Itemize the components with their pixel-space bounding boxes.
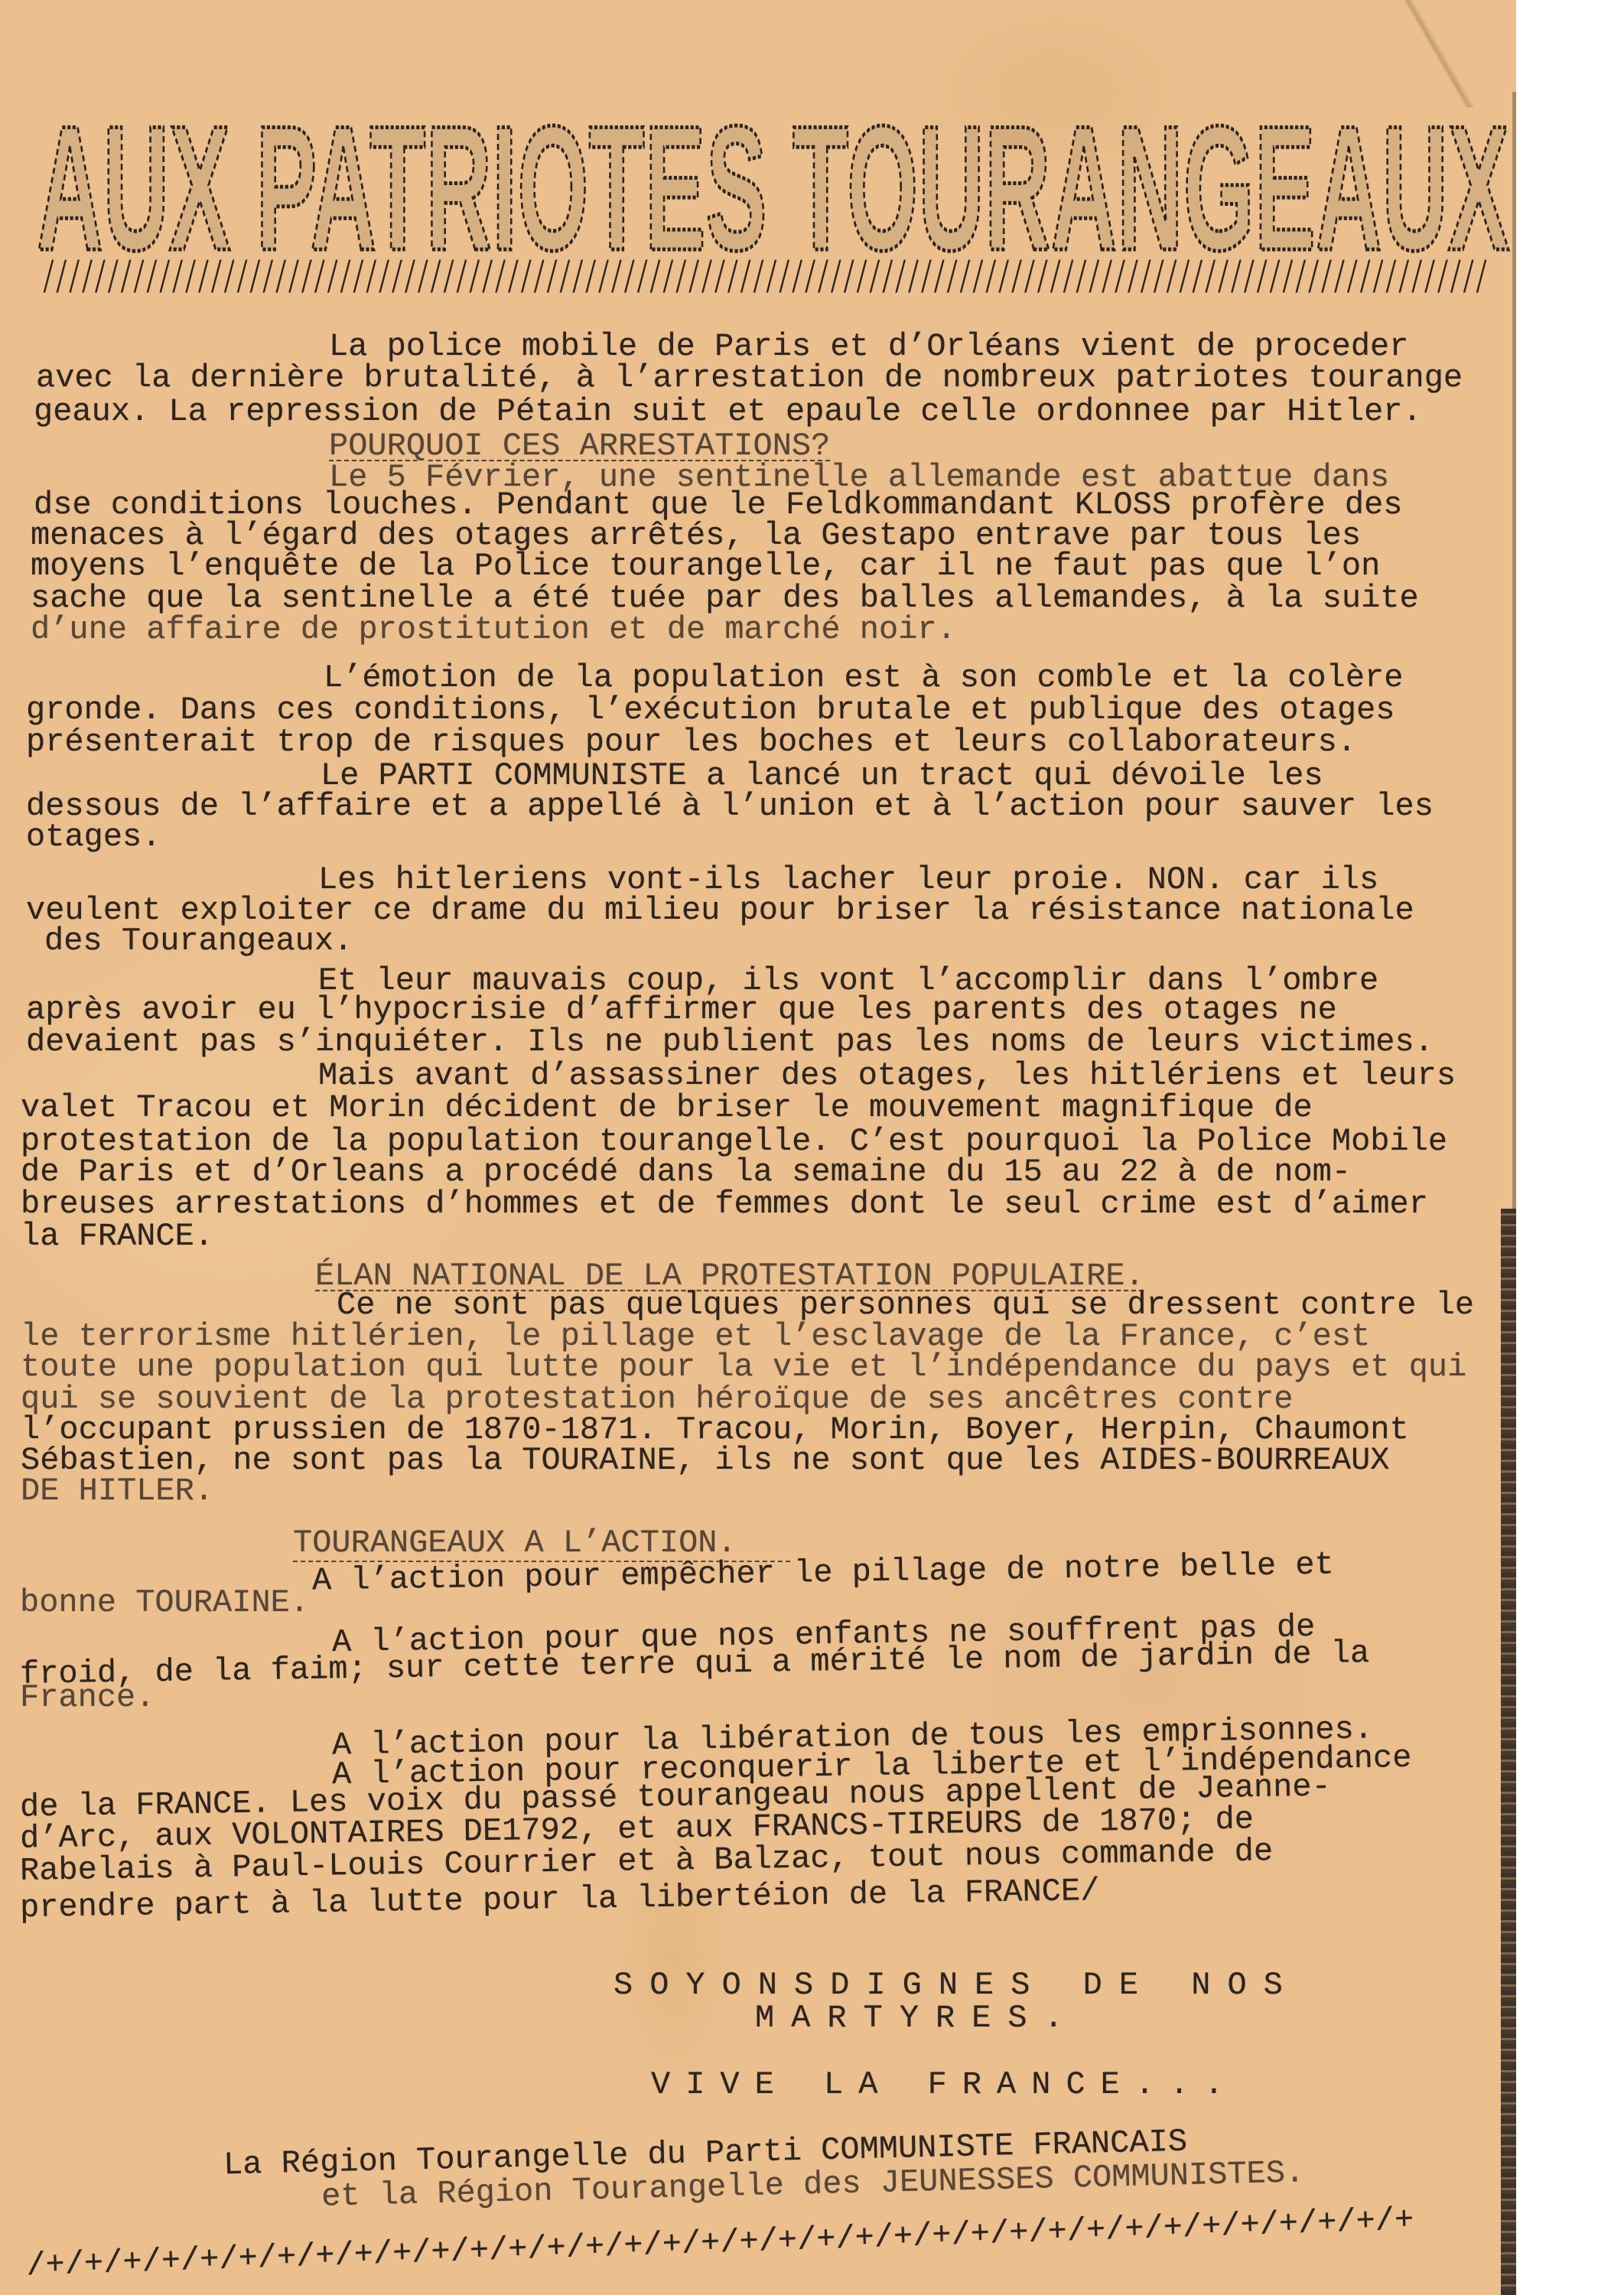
- closing-vive-la-france: VIVE LA FRANCE...: [651, 2065, 1238, 2105]
- paragraph-line: d’une affaire de prostitution et de marc…: [31, 610, 956, 649]
- paragraph-line: breuses arrestations d’hommes et de femm…: [21, 1184, 1428, 1224]
- paragraph-line: des Tourangeaux.: [44, 921, 353, 961]
- title-slash-rule: ////////////////////////////////////////…: [42, 256, 1488, 306]
- closing-slogan: MARTYRES.: [755, 1998, 1080, 2038]
- title-banner: AUX PATRIOTES TOURANGEAUX //////////////…: [0, 0, 1516, 321]
- footer-ornament-rule: /+/+/+/+/+/+/+/+/+/+/+/+/+/+/+/+/+/+/+/+…: [26, 2200, 1414, 2286]
- paragraph-line: bonne TOURAINE.: [20, 1583, 309, 1623]
- paragraph-line: Sébastien, ne sont pas la TOURAINE, ils …: [21, 1440, 1390, 1480]
- paper-edge-torn: [1501, 1209, 1516, 2295]
- paragraph-line: France.: [20, 1678, 155, 1717]
- paragraph-line: DE HITLER.: [21, 1471, 213, 1511]
- scan-background: [1516, 0, 1624, 2295]
- paper-sheet: AUX PATRIOTES TOURANGEAUX //////////////…: [0, 0, 1516, 2295]
- paragraph-line: otages.: [26, 817, 161, 857]
- paragraph-line: la FRANCE.: [21, 1216, 213, 1256]
- paragraph-line: dessous de l’affaire et a appellé à l’un…: [26, 786, 1434, 826]
